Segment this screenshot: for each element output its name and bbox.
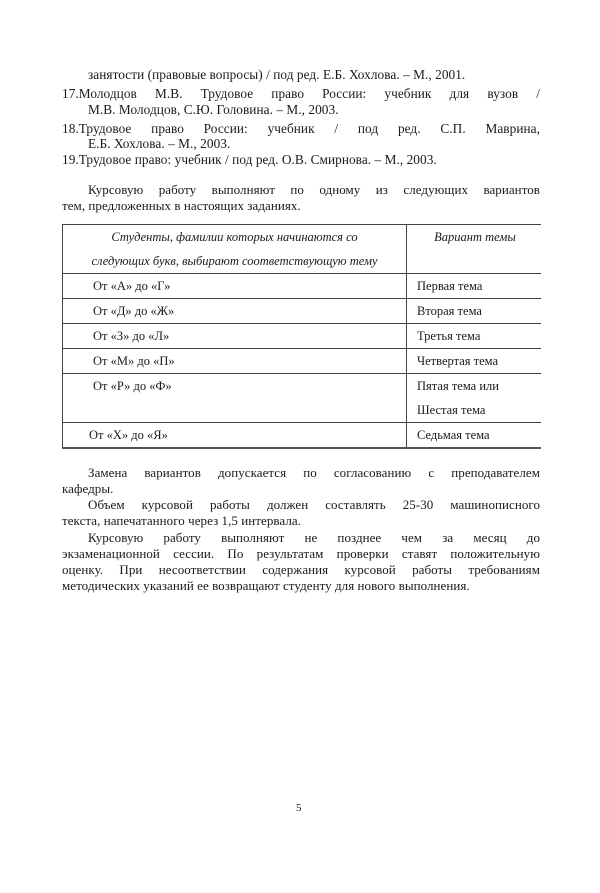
table-row: От «А» до «Г» Первая тема [63, 274, 542, 299]
paragraph1-line1: Замена вариантов допускается по согласов… [88, 465, 540, 481]
page-number: 5 [296, 802, 302, 814]
table-row: От «М» до «П» Четвертая тема [63, 349, 542, 374]
row-letters: От «Р» до «Ф» [63, 374, 406, 422]
reference-18-line2: Е.Б. Хохлова. – М., 2003. [88, 136, 230, 152]
table-row: От «Р» до «Ф» Пятая тема или Шестая тема [63, 374, 542, 423]
paragraph3-line3: оценку. При несоответствии содержания ку… [62, 562, 540, 578]
paragraph3-line2: экзаменационной сессии. По результатам п… [62, 546, 540, 562]
row-letters: От «Х» до «Я» [63, 423, 406, 447]
row-topic: Четвертая тема [417, 349, 541, 373]
row-topic: Первая тема [417, 274, 541, 298]
table-row: От «Х» до «Я» Седьмая тема [63, 423, 542, 449]
reference-16-continuation: занятости (правовые вопросы) / под ред. … [88, 67, 486, 83]
header-students-line2: следующих букв, выбирают соответствующую… [63, 249, 406, 273]
reference-17-line2: М.В. Молодцов, С.Ю. Головина. – М., 2003… [88, 102, 339, 118]
header-students-line1: Студенты, фамилии которых начинаются со [63, 225, 406, 249]
reference-19: 19.Трудовое право: учебник / под ред. О.… [62, 152, 437, 168]
header-cell-students: Студенты, фамилии которых начинаются со … [63, 225, 407, 274]
document-page: занятости (правовые вопросы) / под ред. … [0, 0, 600, 893]
header-cell-topic: Вариант темы [407, 225, 542, 274]
row-topic: Седьмая тема [417, 423, 541, 447]
header-topic-variant: Вариант темы [417, 225, 541, 249]
intro-line2: тем, предложенных в настоящих заданиях. [62, 198, 301, 214]
paragraph1-line2: кафедры. [62, 481, 113, 497]
row-topic: Третья тема [417, 324, 541, 348]
reference-17-line1: 17.Молодцов М.В. Трудовое право России: … [62, 86, 540, 102]
row-topic: Вторая тема [417, 299, 541, 323]
paragraph2-line1: Объем курсовой работы должен составлять … [88, 497, 540, 513]
table-row: От «З» до «Л» Третья тема [63, 324, 542, 349]
table-row: От «Д» до «Ж» Вторая тема [63, 299, 542, 324]
row-topic: Пятая тема или [417, 374, 541, 398]
intro-line1: Курсовую работу выполняют по одному из с… [88, 182, 540, 198]
row-topic-alt: Шестая тема [417, 398, 541, 422]
row-letters: От «Д» до «Ж» [63, 299, 406, 323]
row-letters: От «А» до «Г» [63, 274, 406, 298]
paragraph2-line2: текста, напечатанного через 1,5 интервал… [62, 513, 301, 529]
paragraph3-line4: методических указаний ее возвращают студ… [62, 578, 470, 594]
topic-variants-table: Студенты, фамилии которых начинаются со … [62, 224, 541, 449]
reference-18-line1: 18.Трудовое право России: учебник / под … [62, 121, 540, 137]
paragraph3-line1: Курсовую работу выполняют не позднее чем… [88, 530, 540, 546]
row-letters: От «З» до «Л» [63, 324, 406, 348]
table-header-row: Студенты, фамилии которых начинаются со … [63, 225, 542, 274]
row-letters: От «М» до «П» [63, 349, 406, 373]
